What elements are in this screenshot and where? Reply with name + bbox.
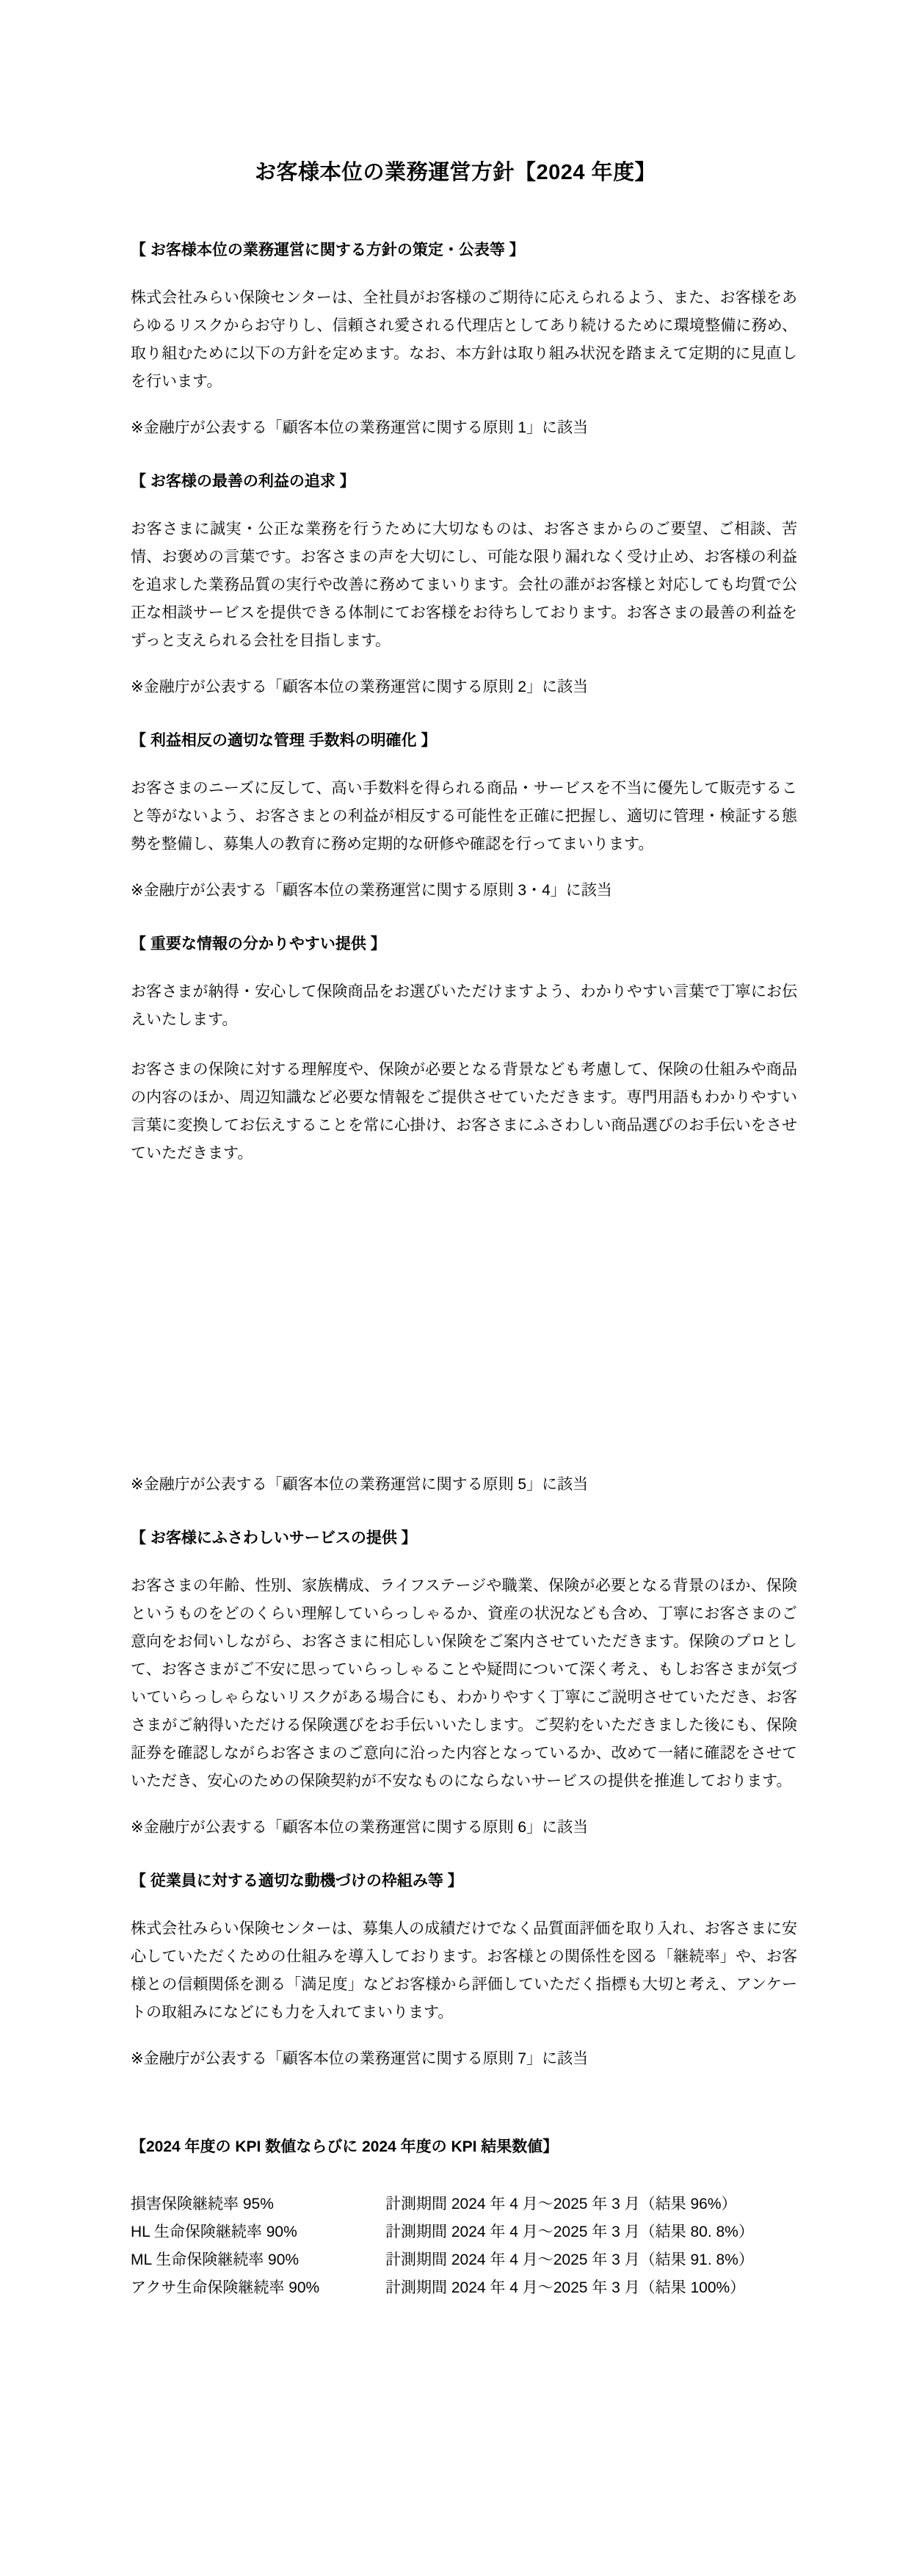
section-paragraph: お客さまのニーズに反して、高い手数料を得られる商品・サービスを不当に優先して販売… <box>131 775 797 858</box>
section-paragraph: お客さまが納得・安心して保険商品をお選びいただけますよう、わかりやすい言葉で丁寧… <box>131 978 797 1034</box>
section-heading-conflict-management: 【 利益相反の適切な管理 手数料の明確化 】 <box>131 727 797 755</box>
kpi-row-hl-life: HL 生命保険継続率 90% 計測期間 2024 年 4 月～2025 年 3 … <box>131 2218 797 2246</box>
kpi-label: 損害保険継続率 95% <box>131 2190 385 2218</box>
section-paragraph: お客さまに誠実・公正な業務を行うために大切なものは、お客さまからのご要望、ご相談… <box>131 515 797 655</box>
fsa-principle-note-5: ※金融庁が公表する「顧客本位の業務運営に関する原則 5」に該当 <box>131 1471 797 1499</box>
page-break-spacer <box>131 1168 797 1452</box>
document-page: { "doc": { "title": "お客様本位の業務運営方針【2024 年… <box>0 0 911 2576</box>
section-paragraph: 株式会社みらい保険センターは、募集人の成績だけでなく品質面評価を取り入れ、お客さ… <box>131 1915 797 2027</box>
kpi-label: ML 生命保険継続率 90% <box>131 2246 385 2274</box>
kpi-row-nonlife: 損害保険継続率 95% 計測期間 2024 年 4 月～2025 年 3 月（結… <box>131 2190 797 2218</box>
kpi-section-heading: 【2024 年度の KPI 数値ならびに 2024 年度の KPI 結果数値】 <box>131 2133 797 2161</box>
section-paragraph: 株式会社みらい保険センターは、全社員がお客様のご期待に応えられるよう、また、お客… <box>131 284 797 396</box>
section-paragraph: お客さまの保険に対する理解度や、保険が必要となる背景なども考慮して、保険の仕組み… <box>131 1056 797 1168</box>
section-paragraph: お客さまの年齢、性別、家族構成、ライフステージや職業、保険が必要となる背景のほか… <box>131 1572 797 1795</box>
kpi-result: 計測期間 2024 年 4 月～2025 年 3 月（結果 91. 8%） <box>385 2246 797 2274</box>
kpi-table: 損害保険継続率 95% 計測期間 2024 年 4 月～2025 年 3 月（結… <box>131 2190 797 2302</box>
section-heading-suitable-service: 【 お客様にふさわしいサービスの提供 】 <box>131 1524 797 1552</box>
fsa-principle-note-3-4: ※金融庁が公表する「顧客本位の業務運営に関する原則 3・4」に該当 <box>131 877 797 905</box>
fsa-principle-note-2: ※金融庁が公表する「顧客本位の業務運営に関する原則 2」に該当 <box>131 673 797 701</box>
document-body: 【 お客様本位の業務運営に関する方針の策定・公表等 】 株式会社みらい保険センタ… <box>131 236 797 2302</box>
kpi-row-axa-life: アクサ生命保険継続率 90% 計測期間 2024 年 4 月～2025 年 3 … <box>131 2274 797 2302</box>
kpi-result: 計測期間 2024 年 4 月～2025 年 3 月（結果 80. 8%） <box>385 2218 797 2246</box>
section-heading-policy-formulation: 【 お客様本位の業務運営に関する方針の策定・公表等 】 <box>131 236 797 264</box>
fsa-principle-note-6: ※金融庁が公表する「顧客本位の業務運営に関する原則 6」に該当 <box>131 1814 797 1842</box>
kpi-label: HL 生命保険継続率 90% <box>131 2218 385 2246</box>
kpi-row-ml-life: ML 生命保険継続率 90% 計測期間 2024 年 4 月～2025 年 3 … <box>131 2246 797 2274</box>
section-heading-clear-information: 【 重要な情報の分かりやすい提供 】 <box>131 930 797 958</box>
section-heading-best-interest: 【 お客様の最善の利益の追求 】 <box>131 468 797 496</box>
kpi-result: 計測期間 2024 年 4 月～2025 年 3 月（結果 100%） <box>385 2274 797 2302</box>
document-title: お客様本位の業務運営方針【2024 年度】 <box>0 0 911 189</box>
fsa-principle-note-1: ※金融庁が公表する「顧客本位の業務運営に関する原則 1」に該当 <box>131 414 797 442</box>
kpi-label: アクサ生命保険継続率 90% <box>131 2274 385 2302</box>
fsa-principle-note-7: ※金融庁が公表する「顧客本位の業務運営に関する原則 7」に該当 <box>131 2045 797 2073</box>
kpi-result: 計測期間 2024 年 4 月～2025 年 3 月（結果 96%） <box>385 2190 797 2218</box>
section-heading-employee-motivation: 【 従業員に対する適切な動機づけの枠組み等 】 <box>131 1867 797 1895</box>
